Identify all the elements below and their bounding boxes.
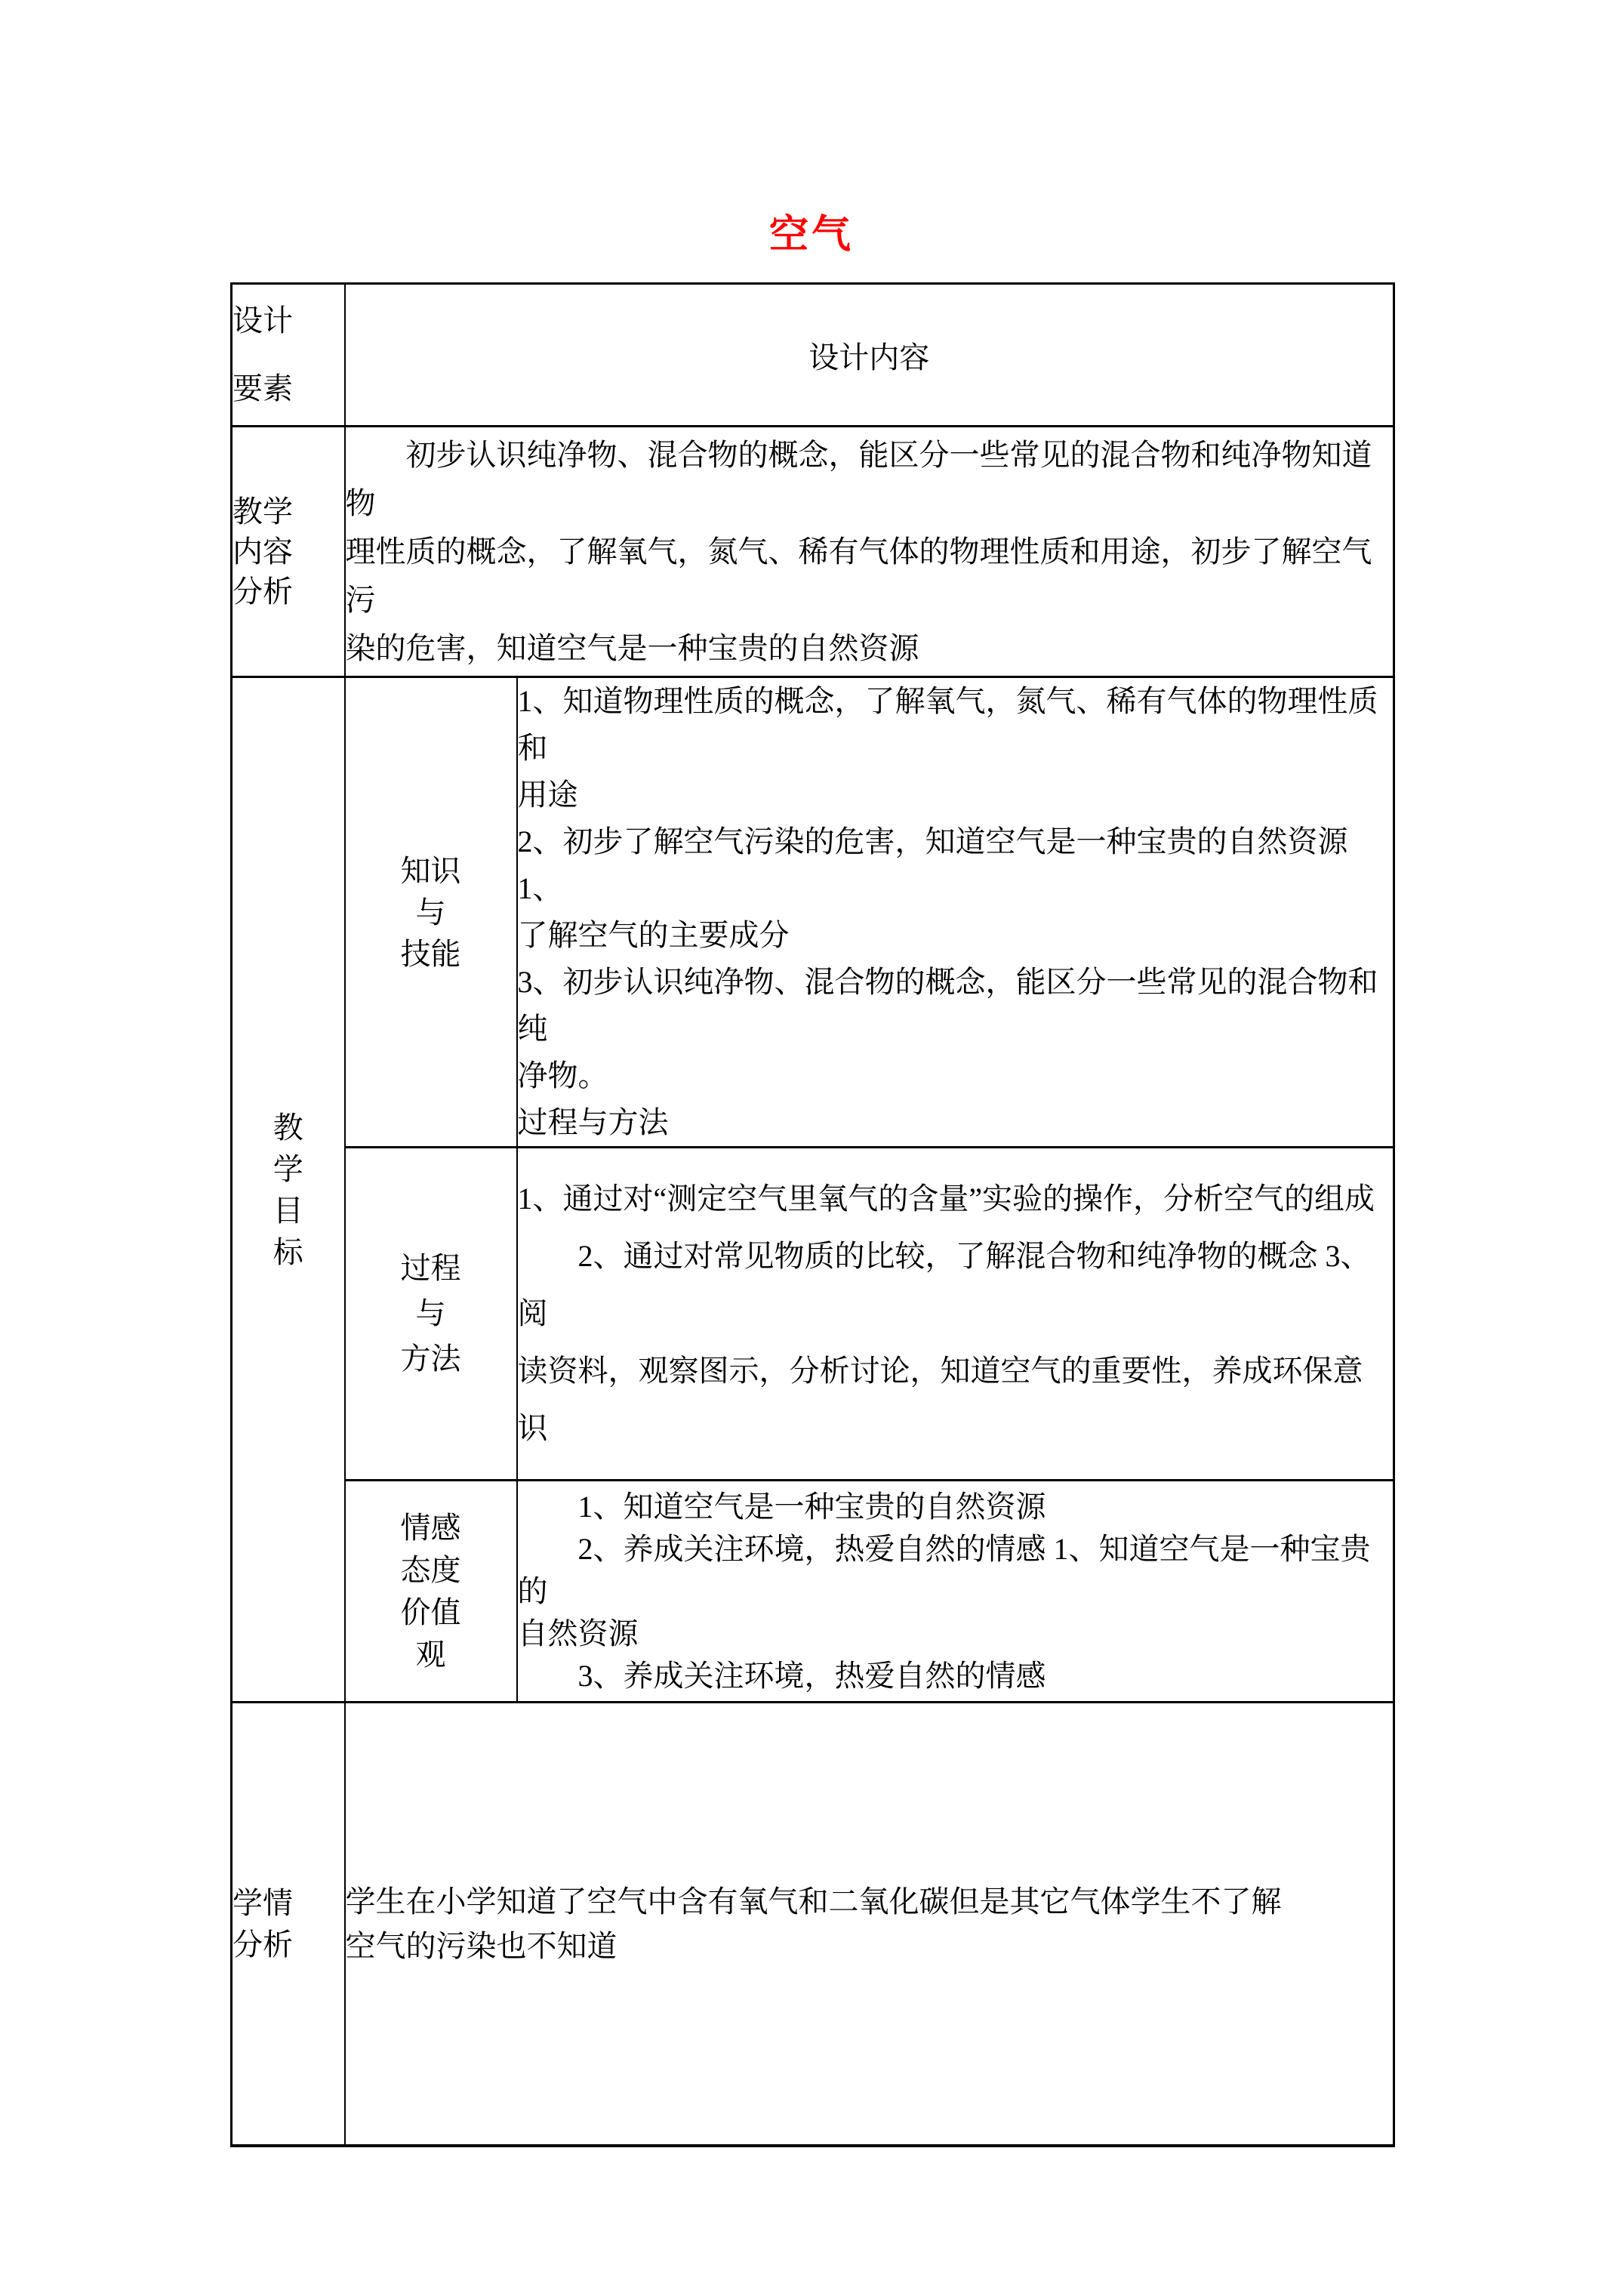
- process-methods-text-cell: 1、通过对“测定空气里氧气的含量”实验的操作，分析空气的组成 2、通过对常见物质…: [517, 1148, 1394, 1481]
- paragraph: 2、养成关注环境，热爱自然的情感 1、知道空气是一种宝贵的 自然资源: [518, 1528, 1394, 1655]
- design-elements-label: 设计 要素: [233, 287, 344, 423]
- lesson-design-table: 设计 要素 设计内容 教学 内容 分析 初步认识纯净物、混合物的概念，能区分一些…: [230, 282, 1395, 2147]
- table-row: 教学 内容 分析 初步认识纯净物、混合物的概念，能区分一些常见的混合物和纯净物知…: [232, 427, 1394, 677]
- table-row: 情感 态度 价值 观 1、知道空气是一种宝贵的自然资源 2、养成关注环境，热爱自…: [232, 1481, 1394, 1703]
- teaching-goals-label: 教 学 目 标: [233, 1107, 344, 1273]
- student-analysis-label-cell: 学情 分析: [232, 1703, 345, 2146]
- student-analysis-label: 学情 分析: [233, 1882, 344, 1965]
- table-row: 设计 要素 设计内容: [232, 284, 1394, 427]
- paragraph: 1、知道空气是一种宝贵的自然资源: [518, 1486, 1394, 1528]
- emotion-attitude-values-label-cell: 情感 态度 价值 观: [345, 1481, 517, 1703]
- paragraph: 2、通过对常见物质的比较，了解混合物和纯净物的概念 3、阅 读资料，观察图示，分…: [518, 1228, 1394, 1457]
- design-elements-header-cell: 设计 要素: [232, 284, 345, 427]
- paragraph: 学生在小学知道了空气中含有氧气和二氧化碳但是其它气体学生不了解: [346, 1879, 1394, 1924]
- paragraph: 1、知道物理性质的概念，了解氧气，氮气、稀有气体的物理性质和 用途: [518, 678, 1394, 818]
- paragraph: 初步认识纯净物、混合物的概念，能区分一些常见的混合物和纯净物知道物 理性质的概念…: [346, 431, 1394, 673]
- teaching-goals-label-cell: 教 学 目 标: [232, 677, 345, 1703]
- knowledge-skills-text-cell: 1、知道物理性质的概念，了解氧气，氮气、稀有气体的物理性质和 用途 2、初步了解…: [517, 677, 1394, 1148]
- paragraph: 1、通过对“测定空气里氧气的含量”实验的操作，分析空气的组成: [518, 1170, 1394, 1228]
- process-methods-label-cell: 过程 与 方法: [345, 1148, 517, 1481]
- student-analysis-text-cell: 学生在小学知道了空气中含有氧气和二氧化碳但是其它气体学生不了解 空气的污染也不知…: [345, 1703, 1394, 2146]
- document-title: 空气: [0, 214, 1623, 257]
- paragraph: 空气的污染也不知道: [346, 1924, 1394, 1968]
- table-row: 教 学 目 标 知识 与 技能 1、知道物理性质的概念，了解氧气，氮气、稀有气体…: [232, 677, 1394, 1148]
- table-row: 学情 分析 学生在小学知道了空气中含有氧气和二氧化碳但是其它气体学生不了解 空气…: [232, 1703, 1394, 2146]
- process-methods-label: 过程 与 方法: [346, 1246, 516, 1382]
- emotion-attitude-values-label: 情感 态度 价值 观: [346, 1507, 516, 1676]
- design-content-header-cell: 设计内容: [345, 284, 1394, 427]
- design-content-label: 设计内容: [346, 334, 1394, 377]
- teaching-content-analysis-text-cell: 初步认识纯净物、混合物的概念，能区分一些常见的混合物和纯净物知道物 理性质的概念…: [345, 427, 1394, 677]
- table-row: 过程 与 方法 1、通过对“测定空气里氧气的含量”实验的操作，分析空气的组成 2…: [232, 1148, 1394, 1481]
- paragraph: 3、初步认识纯净物、混合物的概念，能区分一些常见的混合物和纯 净物。: [518, 959, 1394, 1099]
- paragraph: 2、初步了解空气污染的危害，知道空气是一种宝贵的自然资源 1、 了解空气的主要成…: [518, 818, 1394, 959]
- paragraph: 过程与方法: [518, 1099, 1394, 1146]
- knowledge-skills-label: 知识 与 技能: [346, 850, 516, 975]
- teaching-content-analysis-label-cell: 教学 内容 分析: [232, 427, 345, 677]
- document-page: 空气 设计 要素 设计内容 教学 内容 分析 初步认识纯净物、混合物的概念，能区…: [0, 0, 1623, 2296]
- emotion-attitude-values-text-cell: 1、知道空气是一种宝贵的自然资源 2、养成关注环境，热爱自然的情感 1、知道空气…: [517, 1481, 1394, 1703]
- teaching-content-analysis-label: 教学 内容 分析: [233, 492, 344, 612]
- paragraph: 3、养成关注环境，热爱自然的情感: [518, 1655, 1394, 1697]
- knowledge-skills-label-cell: 知识 与 技能: [345, 677, 517, 1148]
